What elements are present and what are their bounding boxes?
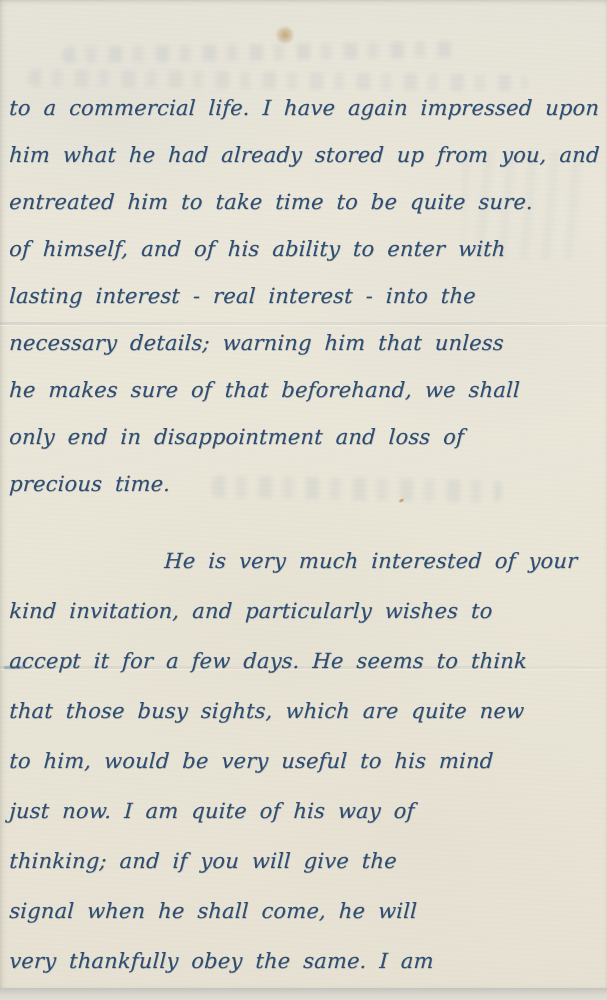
letter-line: signal when he shall come, he will	[8, 886, 603, 936]
letter-paragraph: He is very much interested of yourkind i…	[8, 536, 600, 986]
letter-line: necessary details; warning him that unle…	[8, 320, 602, 367]
letter-page: to a commercial life. I have again impre…	[0, 0, 607, 988]
letter-body: to a commercial life. I have again impre…	[8, 85, 600, 986]
ink-bleed-through	[62, 41, 462, 63]
letter-line: to a commercial life. I have again impre…	[8, 85, 602, 132]
page-bottom-edge	[0, 988, 607, 1000]
letter-line: thinking; and if you will give the	[8, 836, 603, 886]
letter-line: of himself, and of his ability to enter …	[8, 226, 602, 273]
letter-line: him what he had already stored up from y…	[8, 132, 602, 179]
letter-line: He is very much interested of your	[8, 536, 603, 586]
letter-line: precious time.	[8, 461, 602, 508]
letter-line: just now. I am quite of his way of	[8, 786, 603, 836]
paper-stain	[275, 26, 295, 44]
letter-line: only end in disappointment and loss of	[8, 414, 602, 461]
letter-line: very thankfully obey the same. I am	[8, 936, 603, 986]
letter-paragraph: to a commercial life. I have again impre…	[8, 85, 600, 508]
letter-line: entreated him to take time to be quite s…	[8, 179, 602, 226]
letter-line: accept it for a few days. He seems to th…	[8, 636, 603, 686]
letter-line: lasting interest - real interest - into …	[8, 273, 602, 320]
letter-line: he makes sure of that beforehand, we sha…	[8, 367, 602, 414]
letter-line: kind invitation, and particularly wishes…	[8, 586, 603, 636]
letter-line: that those busy sights, which are quite …	[8, 686, 603, 736]
letter-line: to him, would be very useful to his mind	[8, 736, 603, 786]
